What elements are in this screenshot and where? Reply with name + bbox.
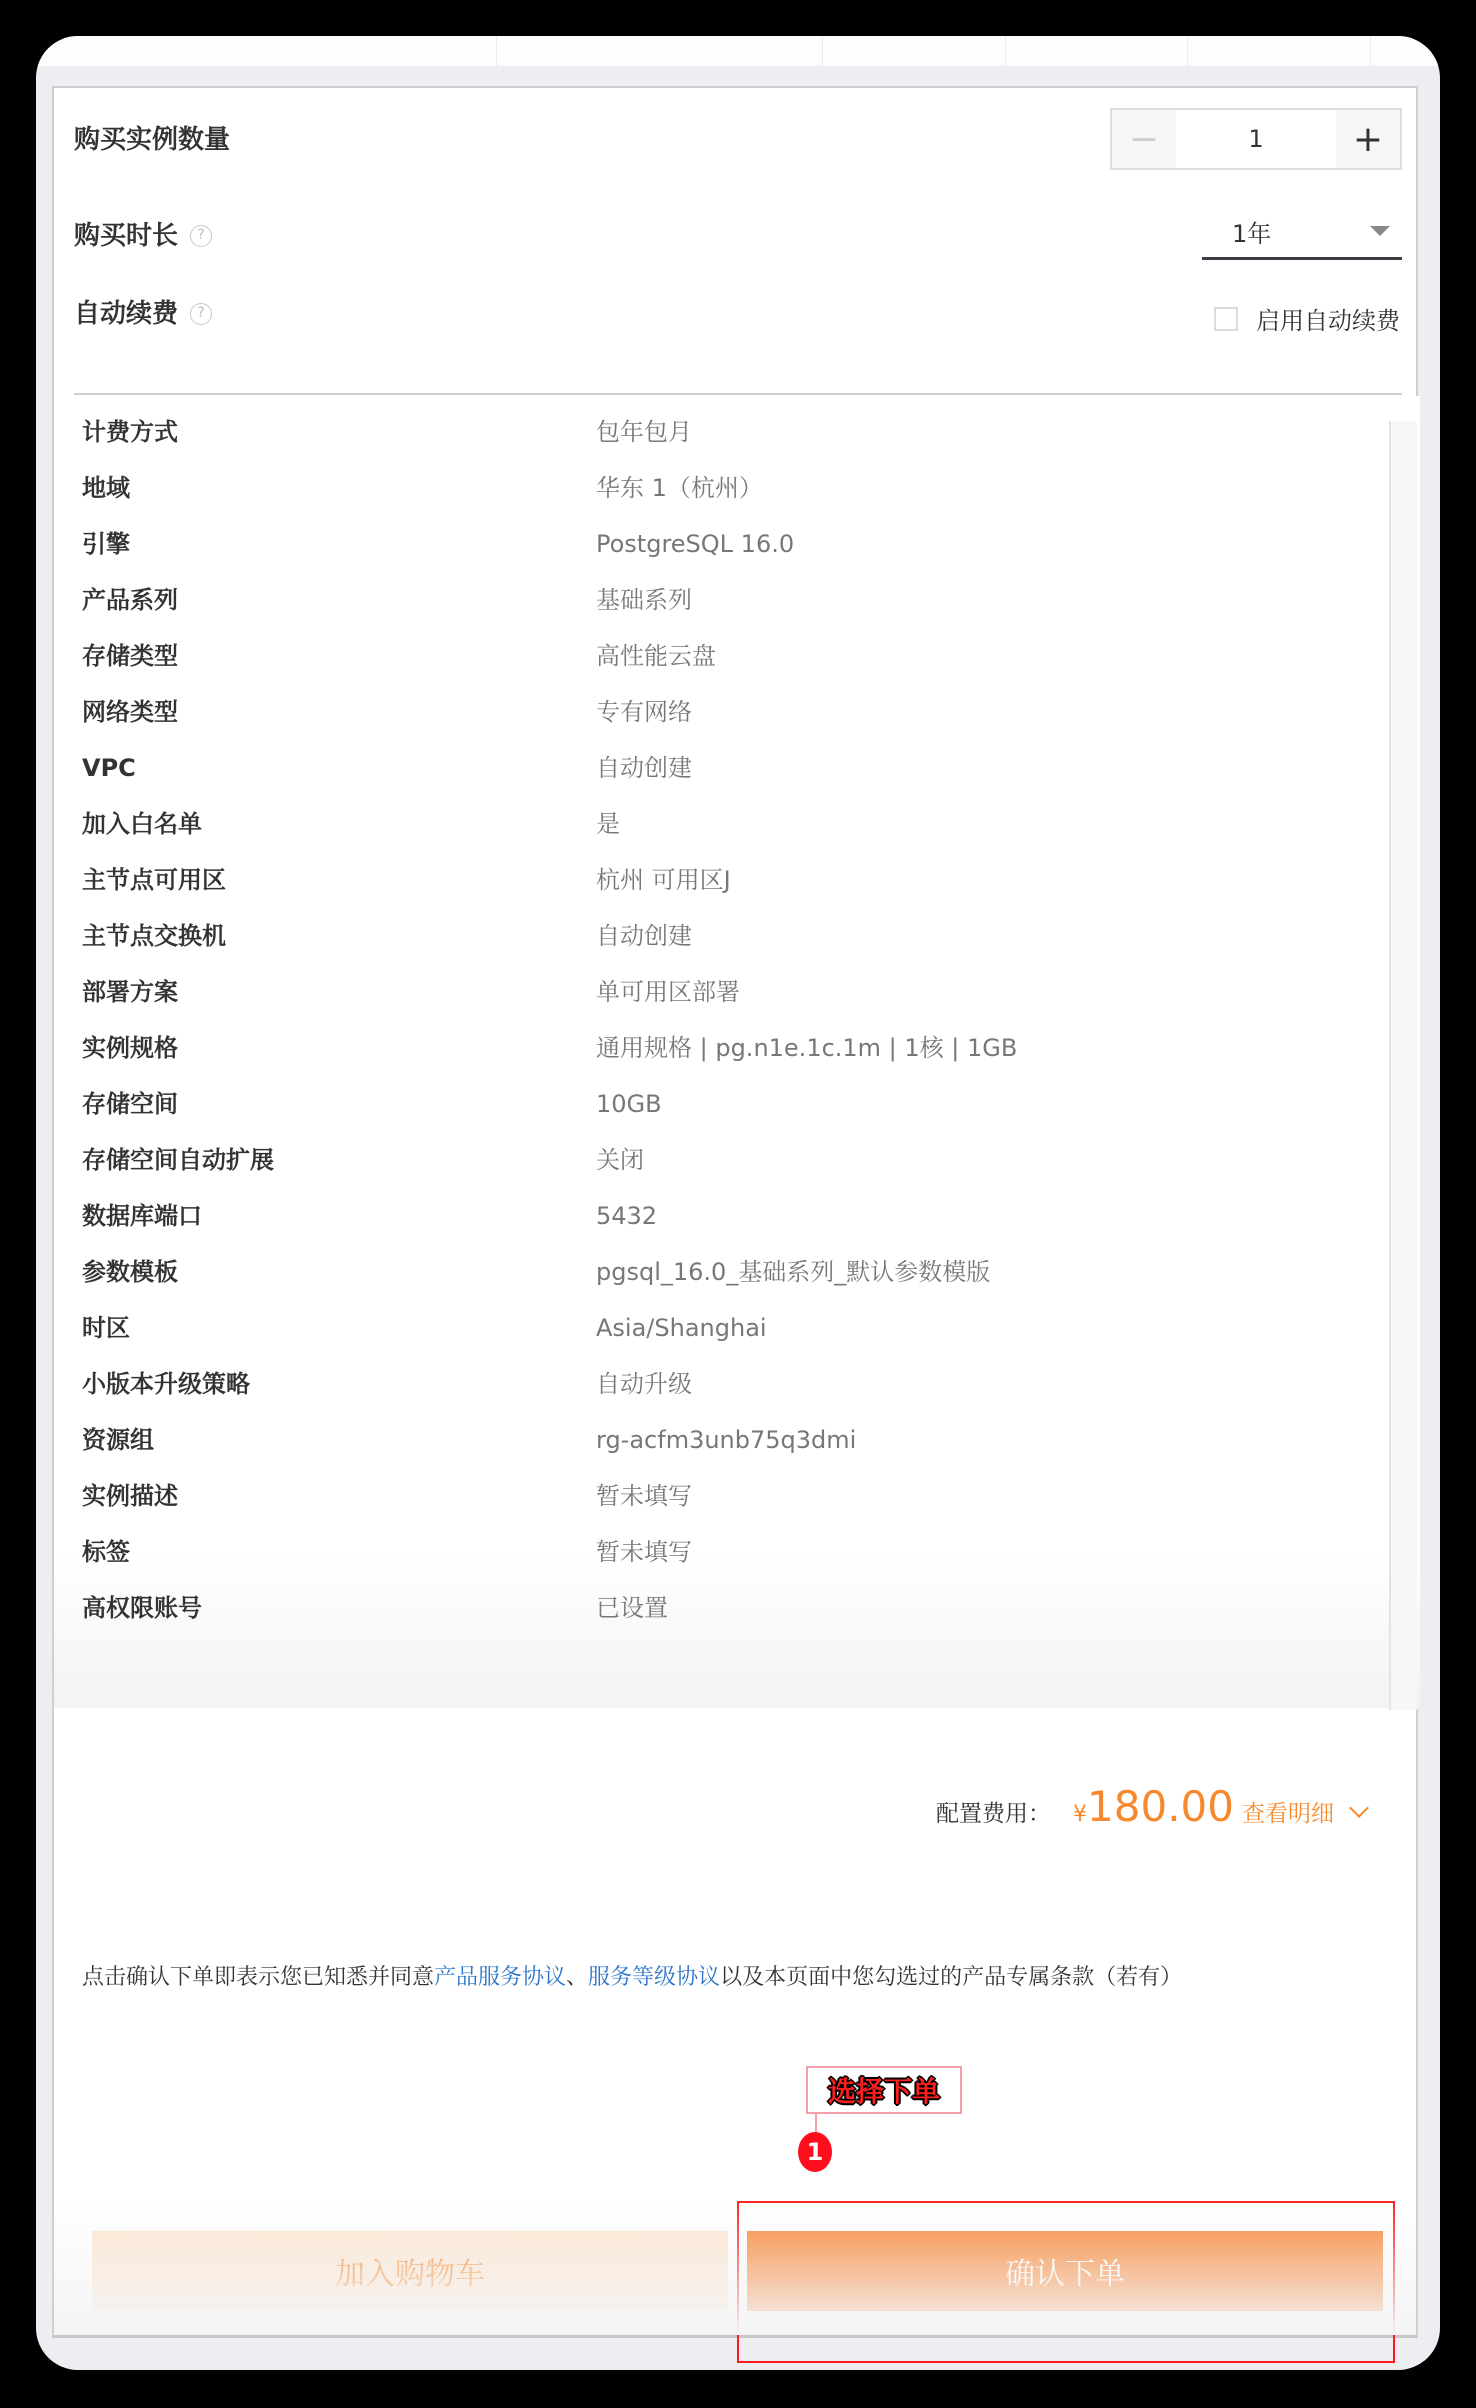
summary-label: 存储类型	[82, 636, 178, 676]
summary-value: 专有网络	[596, 692, 692, 732]
summary-label: 主节点可用区	[82, 860, 226, 900]
summary-value: 自动升级	[596, 1364, 692, 1404]
summary-row: 资源组 rg-acfm3unb75q3dmi	[54, 1420, 1354, 1460]
summary-value: 通用规格 | pg.n1e.1c.1m | 1核 | 1GB	[596, 1028, 1017, 1068]
summary-row: 地域 华东 1（杭州）	[54, 468, 1354, 508]
quantity-input[interactable]: 1	[1176, 110, 1336, 168]
summary-row: 主节点可用区 杭州 可用区J	[54, 860, 1354, 900]
summary-row: 产品系列 基础系列	[54, 580, 1354, 620]
summary-label: 加入白名单	[82, 804, 202, 844]
summary-label: 实例规格	[82, 1028, 178, 1068]
column-divider	[1370, 36, 1371, 66]
summary-value: 自动创建	[596, 748, 692, 788]
summary-label: 小版本升级策略	[82, 1364, 250, 1404]
auto-renew-checkbox-label: 启用自动续费	[1256, 301, 1400, 336]
summary-row: 高权限账号 已设置	[54, 1588, 1354, 1628]
price-currency: ¥	[1073, 1802, 1087, 1827]
summary-value: 杭州 可用区J	[596, 860, 731, 900]
chevron-down-icon	[1349, 1798, 1369, 1818]
summary-row: 参数模板 pgsql_16.0_基础系列_默认参数模版	[54, 1252, 1354, 1292]
quantity-label: 购买实例数量	[74, 110, 230, 170]
summary-value: 单可用区部署	[596, 972, 740, 1012]
summary-label: 主节点交换机	[82, 916, 226, 956]
duration-label: 购买时长	[74, 206, 178, 266]
summary-label: 高权限账号	[82, 1588, 202, 1628]
agreement-prefix: 点击确认下单即表示您已知悉并同意	[82, 1965, 434, 1990]
product-service-agreement-link[interactable]: 产品服务协议	[434, 1965, 566, 1990]
summary-value: pgsql_16.0_基础系列_默认参数模版	[596, 1252, 990, 1292]
auto-renew-checkbox-wrap[interactable]: 启用自动续费	[1214, 301, 1400, 336]
summary-row: 存储空间自动扩展 关闭	[54, 1140, 1354, 1180]
summary-label: 标签	[82, 1532, 130, 1572]
duration-select[interactable]: 1年	[1202, 208, 1402, 260]
duration-selected-value: 1年	[1232, 214, 1271, 249]
summary-value: 华东 1（杭州）	[596, 468, 763, 508]
plus-icon: +	[1353, 119, 1383, 160]
summary-row: 标签 暂未填写	[54, 1532, 1354, 1572]
summary-row: 计费方式 包年包月	[54, 412, 1354, 452]
browser-window: 购买实例数量 − 1 + 购买时长 ? 1年 自动续费 ?	[36, 36, 1440, 2370]
auto-renew-label: 自动续费	[74, 284, 178, 344]
column-divider	[496, 36, 497, 66]
agreement-text: 点击确认下单即表示您已知悉并同意产品服务协议、服务等级协议以及本页面中您勾选过的…	[82, 1960, 1182, 1991]
summary-value: 5432	[596, 1196, 657, 1236]
summary-value: 暂未填写	[596, 1476, 692, 1516]
price-label: 配置费用：	[936, 1795, 1051, 1828]
table-header-remnant	[36, 36, 1440, 66]
annotation-highlight-box	[737, 2201, 1395, 2363]
summary-label: 存储空间	[82, 1084, 178, 1124]
summary-row: 主节点交换机 自动创建	[54, 916, 1354, 956]
summary-label: 计费方式	[82, 412, 178, 452]
minus-icon: −	[1129, 119, 1159, 160]
summary-label: VPC	[82, 748, 136, 788]
auto-renew-checkbox[interactable]	[1214, 307, 1238, 331]
question-icon[interactable]: ?	[190, 225, 212, 247]
scrollbar[interactable]	[1389, 421, 1417, 1710]
price-summary: 配置费用： ¥ 180.00 查看明细	[936, 1782, 1366, 1831]
summary-value: 基础系列	[596, 580, 692, 620]
price-amount: 180.00	[1087, 1782, 1234, 1831]
annotation-label: 选择下单	[806, 2066, 962, 2114]
summary-row: 实例描述 暂未填写	[54, 1476, 1354, 1516]
decrement-button[interactable]: −	[1112, 110, 1176, 168]
summary-value: 高性能云盘	[596, 636, 716, 676]
order-panel: 购买实例数量 − 1 + 购买时长 ? 1年 自动续费 ?	[52, 86, 1418, 2338]
quantity-stepper[interactable]: − 1 +	[1110, 108, 1402, 170]
summary-row: 引擎 PostgreSQL 16.0	[54, 524, 1354, 564]
summary-label: 时区	[82, 1308, 130, 1348]
summary-label: 实例描述	[82, 1476, 178, 1516]
summary-row: 小版本升级策略 自动升级	[54, 1364, 1354, 1404]
section-divider	[74, 393, 1402, 395]
agreement-suffix: 以及本页面中您勾选过的产品专属条款（若有）	[720, 1965, 1182, 1990]
view-details-link[interactable]: 查看明细	[1242, 1795, 1366, 1828]
summary-label: 数据库端口	[82, 1196, 202, 1236]
summary-label: 资源组	[82, 1420, 154, 1460]
summary-row: 数据库端口 5432	[54, 1196, 1354, 1236]
caret-down-icon	[1370, 226, 1390, 236]
summary-label: 引擎	[82, 524, 130, 564]
column-divider	[822, 36, 823, 66]
summary-value: Asia/Shanghai	[596, 1308, 767, 1348]
summary-value: 暂未填写	[596, 1532, 692, 1572]
sla-link[interactable]: 服务等级协议	[588, 1965, 720, 1990]
summary-label: 网络类型	[82, 692, 178, 732]
summary-value: 关闭	[596, 1140, 644, 1180]
view-details-label: 查看明细	[1242, 1795, 1334, 1828]
summary-value: 10GB	[596, 1084, 662, 1124]
duration-label-wrap: 购买时长 ?	[74, 206, 212, 266]
agreement-separator: 、	[566, 1965, 588, 1990]
summary-value: PostgreSQL 16.0	[596, 524, 794, 564]
summary-row: 部署方案 单可用区部署	[54, 972, 1354, 1012]
summary-value: 自动创建	[596, 916, 692, 956]
add-to-cart-button[interactable]: 加入购物车	[92, 2231, 728, 2311]
increment-button[interactable]: +	[1336, 110, 1400, 168]
summary-row: 存储空间 10GB	[54, 1084, 1354, 1124]
question-icon[interactable]: ?	[190, 303, 212, 325]
summary-value: 是	[596, 804, 620, 844]
annotation-step-badge: 1	[798, 2132, 832, 2172]
summary-row: 存储类型 高性能云盘	[54, 636, 1354, 676]
summary-label: 产品系列	[82, 580, 178, 620]
annotation-connector	[815, 2114, 817, 2134]
summary-value: 已设置	[596, 1588, 668, 1628]
summary-value: rg-acfm3unb75q3dmi	[596, 1420, 856, 1460]
summary-value: 包年包月	[596, 412, 692, 452]
config-summary-list: 计费方式 包年包月 地域 华东 1（杭州） 引擎 PostgreSQL 16.0…	[54, 396, 1420, 1708]
summary-row: 加入白名单 是	[54, 804, 1354, 844]
column-divider	[1187, 36, 1188, 66]
auto-renew-label-wrap: 自动续费 ?	[74, 284, 212, 344]
summary-label: 部署方案	[82, 972, 178, 1012]
summary-label: 参数模板	[82, 1252, 178, 1292]
summary-row: 时区 Asia/Shanghai	[54, 1308, 1354, 1348]
summary-row: 实例规格 通用规格 | pg.n1e.1c.1m | 1核 | 1GB	[54, 1028, 1354, 1068]
summary-row: VPC 自动创建	[54, 748, 1354, 788]
summary-label: 存储空间自动扩展	[82, 1140, 274, 1180]
summary-label: 地域	[82, 468, 130, 508]
summary-row: 网络类型 专有网络	[54, 692, 1354, 732]
auto-renew-row: 自动续费 ?	[54, 284, 1416, 344]
column-divider	[1005, 36, 1006, 66]
